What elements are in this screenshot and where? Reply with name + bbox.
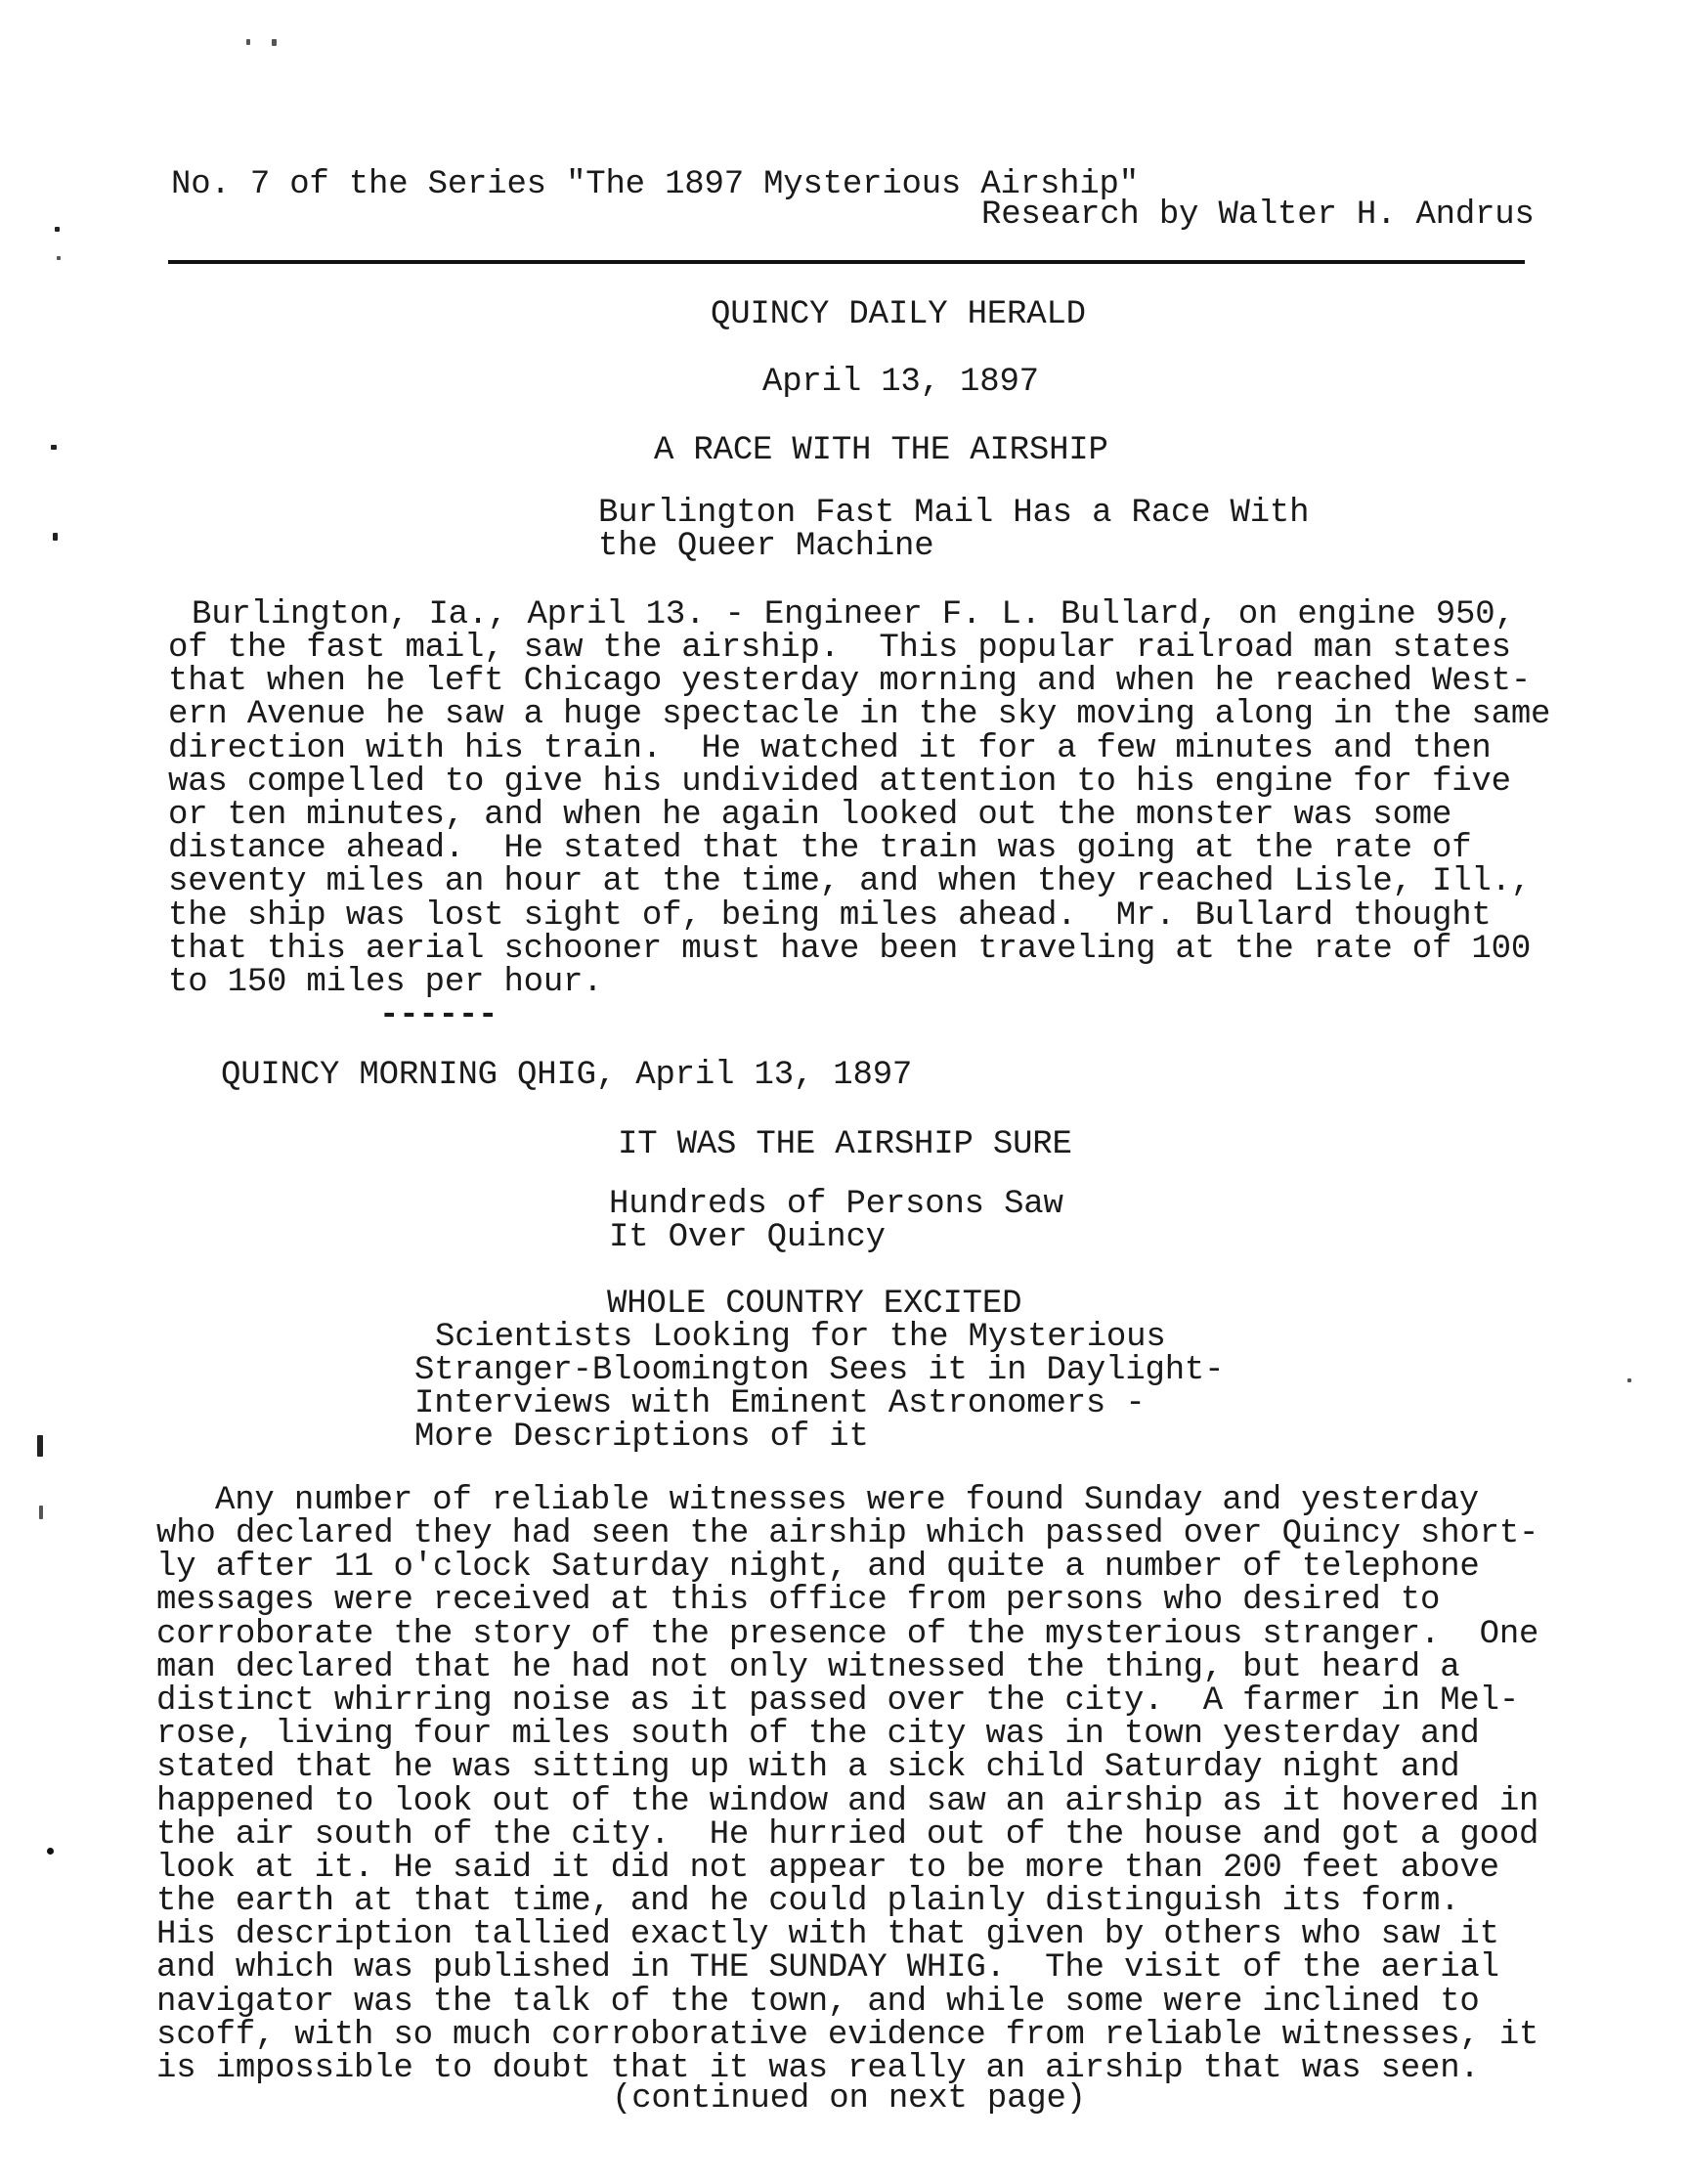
header-divider: [168, 260, 1525, 264]
scan-speck: [246, 39, 250, 45]
continuation-note: (continued on next page): [612, 2082, 1086, 2116]
body-line: the ship was lost sight of, being miles …: [168, 899, 1550, 933]
margin-mark: [39, 1506, 43, 1519]
article1-source: QUINCY DAILY HERALD: [711, 298, 1086, 331]
body-line: Any number of reliable witnesses were fo…: [215, 1484, 1479, 1517]
scan-speck: [272, 39, 277, 46]
body-line: corroborate the story of the presence of…: [156, 1618, 1538, 1651]
body-line: Burlington, Ia., April 13. - Engineer F.…: [192, 598, 1515, 632]
article2-subhead-line-2: It Over Quincy: [609, 1221, 886, 1254]
body-line: rose, living four miles south of the cit…: [156, 1718, 1538, 1751]
article2-body-first: Any number of reliable witnesses were fo…: [215, 1484, 1479, 1517]
article2-body: who declared they had seen the airship w…: [156, 1517, 1538, 2085]
margin-mark: [47, 1848, 54, 1855]
article1-body-first: Burlington, Ia., April 13. - Engineer F.…: [192, 598, 1515, 632]
body-line: was compelled to give his undivided atte…: [168, 765, 1550, 799]
article2-deck-line-2: Stranger-Bloomington Sees it in Daylight…: [414, 1354, 1224, 1387]
article2-deck-line-1: Scientists Looking for the Mysterious: [435, 1321, 1166, 1354]
body-line: direction with his train. He watched it …: [168, 732, 1550, 765]
margin-mark: [57, 256, 61, 260]
article-separator: ------: [379, 999, 498, 1032]
body-line: ern Avenue he saw a huge spectacle in th…: [168, 698, 1550, 731]
body-line: man declared that he had not only witnes…: [156, 1651, 1538, 1684]
body-line: messages were received at this office fr…: [156, 1584, 1538, 1617]
article2-subhead-line-1: Hundreds of Persons Saw: [609, 1188, 1063, 1221]
body-line: His description tallied exactly with tha…: [156, 1918, 1538, 1951]
body-line: the air south of the city. He hurried ou…: [156, 1818, 1538, 1852]
document-page: No. 7 of the Series "The 1897 Mysterious…: [0, 0, 1689, 2184]
margin-mark: [37, 1435, 43, 1457]
article2-source: QUINCY MORNING QHIG, April 13, 1897: [221, 1059, 912, 1092]
article1-subhead-line-2: the Queer Machine: [598, 530, 933, 563]
margin-mark: [55, 227, 60, 232]
article1-date: April 13, 1897: [762, 366, 1039, 399]
body-line: happened to look out of the window and s…: [156, 1785, 1538, 1818]
body-line: distinct whirring noise as it passed ove…: [156, 1684, 1538, 1718]
body-line: scoff, with so much corroborative eviden…: [156, 2019, 1538, 2052]
body-line: distance ahead. He stated that the train…: [168, 832, 1550, 865]
research-credit: Research by Walter H. Andrus: [981, 198, 1535, 232]
body-line: who declared they had seen the airship w…: [156, 1517, 1538, 1551]
body-line: ly after 11 o'clock Saturday night, and …: [156, 1551, 1538, 1584]
article1-subhead-line-1: Burlington Fast Mail Has a Race With: [598, 497, 1309, 530]
article1-headline: A RACE WITH THE AIRSHIP: [654, 434, 1108, 467]
body-line: navigator was the talk of the town, and …: [156, 1986, 1538, 2019]
body-line: or ten minutes, and when he again looked…: [168, 799, 1550, 832]
body-line: to 150 miles per hour.: [168, 966, 1550, 999]
article1-body: of the fast mail, saw the airship. This …: [168, 632, 1550, 999]
body-line: seventy miles an hour at the time, and w…: [168, 865, 1550, 898]
body-line: that when he left Chicago yesterday morn…: [168, 665, 1550, 698]
body-line: of the fast mail, saw the airship. This …: [168, 632, 1550, 665]
body-line: stated that he was sitting up with a sic…: [156, 1751, 1538, 1784]
body-line: that this aerial schooner must have been…: [168, 933, 1550, 966]
article2-section-head: WHOLE COUNTRY EXCITED: [607, 1288, 1021, 1321]
body-line: look at it. He said it did not appear to…: [156, 1852, 1538, 1885]
article2-headline: IT WAS THE AIRSHIP SURE: [618, 1128, 1072, 1161]
margin-mark: [1627, 1378, 1631, 1382]
article2-deck-line-4: More Descriptions of it: [414, 1420, 869, 1454]
article2-deck-line-3: Interviews with Eminent Astronomers -: [414, 1387, 1146, 1420]
margin-mark: [51, 445, 57, 450]
body-line: and which was published in THE SUNDAY WH…: [156, 1951, 1538, 1985]
margin-mark: [53, 533, 58, 541]
body-line: the earth at that time, and he could pla…: [156, 1885, 1538, 1918]
